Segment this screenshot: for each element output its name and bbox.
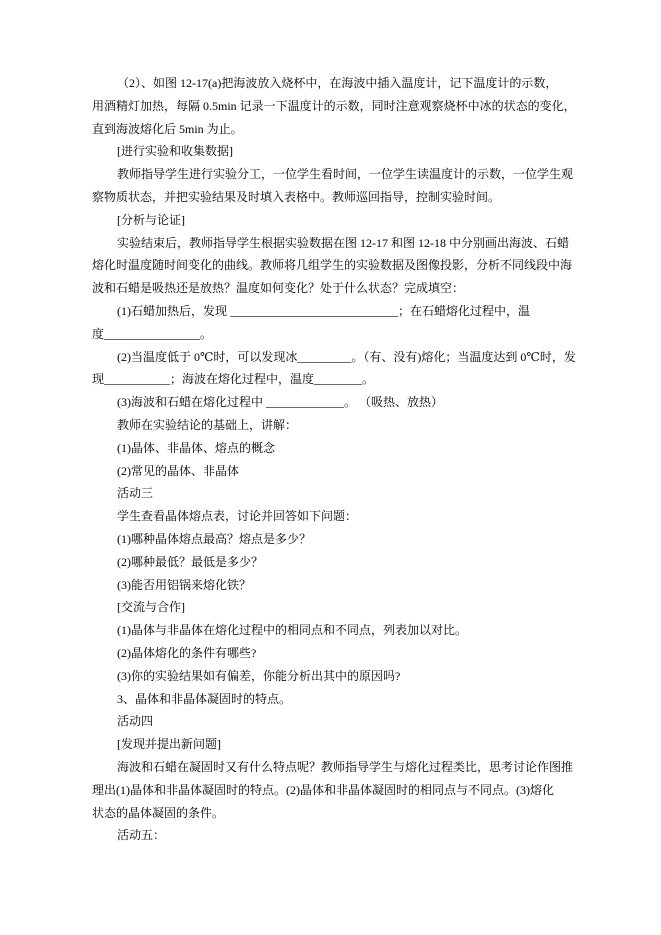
activity-heading: 活动四	[92, 710, 573, 733]
section-heading: [交流与合作]	[92, 596, 573, 619]
list-item: (2)常见的晶体、非晶体	[92, 460, 573, 483]
section-heading: [分析与论证]	[92, 209, 573, 232]
text-line: 熔化时温度随时间变化的曲线。教师将几组学生的实验数据及图像投影，分析不同线段中海	[92, 254, 573, 277]
section-heading: [进行实验和收集数据]	[92, 140, 573, 163]
activity-heading: 活动三	[92, 482, 573, 505]
document-page: （2）、如图 12-17(a)把海波放入烧杯中，在海波中插入温度计，记下温度计的…	[0, 0, 661, 935]
text-line: 教师指导学生进行实验分工，一位学生看时间，一位学生读温度计的示数，一位学生观	[92, 163, 573, 186]
fill-in-blank-line: (2)当温度低于 0℃时，可以发现冰_________。（有、没有)熔化；当温度…	[92, 346, 573, 369]
text-line: 直到海波熔化后 5min 为止。	[92, 118, 573, 141]
text-line: 教师在实验结论的基础上，讲解：	[92, 414, 573, 437]
text-line: 用酒精灯加热，每隔 0.5min 记录一下温度计的示数，同时注意观察烧杯中冰的状…	[92, 95, 573, 118]
fill-in-blank-line: (3)海波和石蜡在熔化过程中 _____________。 （吸热、放热）	[92, 391, 573, 414]
list-item: 3、晶体和非晶体凝固时的特点。	[92, 688, 573, 711]
fill-in-blank-line: 度________________。	[92, 323, 573, 346]
list-item: (1)晶体与非晶体在熔化过程中的相同点和不同点，列表加以对比。	[92, 619, 573, 642]
text-line: 察物质状态，并把实验结果及时填入表格中。教师巡回指导，控制实验时间。	[92, 186, 573, 209]
section-heading: [发现并提出新问题]	[92, 733, 573, 756]
text-line: 实验结束后，教师指导学生根据实验数据在图 12-17 和图 12-18 中分别画…	[92, 232, 573, 255]
list-item: (2)晶体熔化的条件有哪些?	[92, 642, 573, 665]
fill-in-blank-line: 现___________；海波在熔化过程中，温度________。	[92, 368, 573, 391]
activity-heading: 活动五：	[92, 824, 573, 847]
list-item: (1)晶体、非晶体、熔点的概念	[92, 437, 573, 460]
list-item: (1)哪种晶体熔点最高？熔点是多少？	[92, 528, 573, 551]
list-item: (2)哪种最低？最低是多少？	[92, 551, 573, 574]
text-line: 学生查看晶体熔点表，讨论并回答如下问题：	[92, 505, 573, 528]
list-item: (3)你的实验结果如有偏差，你能分析出其中的原因吗?	[92, 665, 573, 688]
text-line: 理出(1)晶体和非晶体凝固时的特点。(2)晶体和非晶体凝固时的相同点与不同点。(…	[92, 779, 573, 802]
fill-in-blank-line: (1)石蜡加热后，发现 ____________________________…	[92, 300, 573, 323]
list-item: (3)能否用铝锅来熔化铁？	[92, 574, 573, 597]
text-line: 状态的晶体凝固的条件。	[92, 802, 573, 825]
text-line: 波和石蜡是吸热还是放热？温度如何变化？处于什么状态？完成填空：	[92, 277, 573, 300]
text-line: 海波和石蜡在凝固时又有什么特点呢？教师指导学生与熔化过程类比，思考讨论作图推	[92, 756, 573, 779]
text-line: （2）、如图 12-17(a)把海波放入烧杯中，在海波中插入温度计，记下温度计的…	[92, 72, 573, 95]
